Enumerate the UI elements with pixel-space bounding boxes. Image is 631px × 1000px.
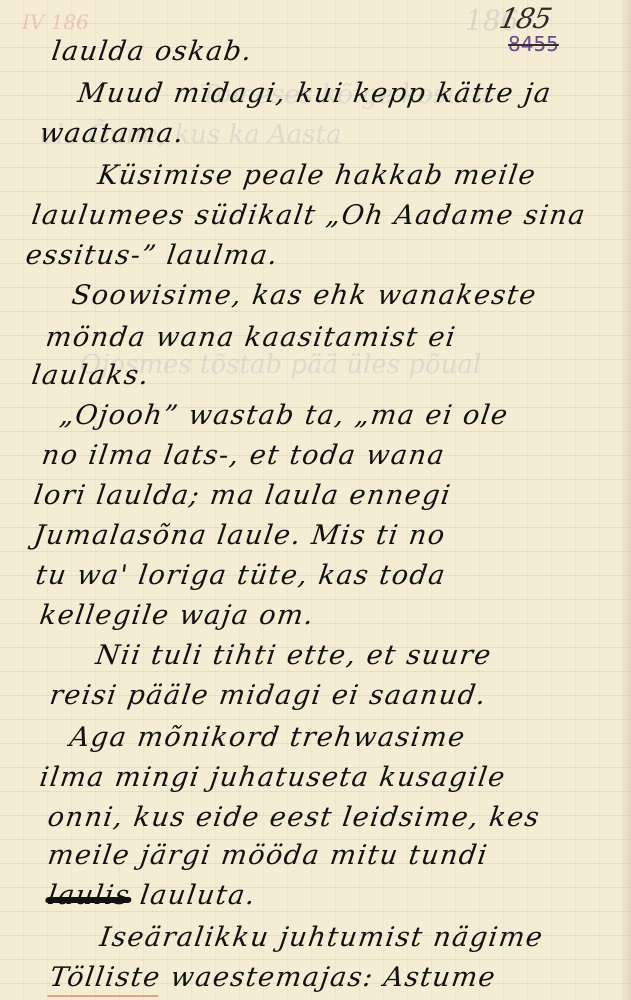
manuscript-line: Soowisime, kas ehk wanakeste: [70, 280, 539, 311]
line-text: reisi pääle midagi ei saanud.: [48, 680, 489, 711]
manuscript-page: IV 186 186 185 8455 Tomeses kõige kosutu…: [0, 0, 631, 1000]
folio-current: 185: [496, 2, 553, 35]
line-text: lori laulda; ma laula ennegi: [32, 480, 454, 511]
line-text: kellegile waja om.: [38, 600, 317, 631]
line-text: waestemajas: Astume: [159, 962, 499, 993]
manuscript-line: onni, kus eide eest leidsime, kes: [46, 802, 543, 833]
manuscript-line: Tölliste waestemajas: Astume: [48, 962, 498, 993]
line-text: essitus-” laulma.: [24, 240, 281, 271]
line-text: lauluta.: [128, 880, 258, 911]
manuscript-line: ilma mingi juhatuseta kusagile: [38, 762, 508, 793]
manuscript-line: tu wa' loriga tüte, kas toda: [34, 560, 448, 591]
line-text: no ilma lats-, et toda wana: [40, 440, 448, 471]
folio-previous-struck: 8455: [508, 32, 559, 56]
line-text: laulda oskab.: [50, 36, 255, 67]
line-text: „Ojooh” wastab ta, „ma ei ole: [58, 400, 511, 431]
folio-number: 186 185 8455: [500, 2, 550, 35]
manuscript-line: Küsimise peale hakkab meile: [96, 160, 539, 191]
line-text: laulumees südikalt „Oh Aadame sina: [30, 200, 588, 231]
line-text: onni, kus eide eest leidsime, kes: [46, 802, 543, 833]
line-text: Muud midagi, kui kepp kätte ja: [76, 78, 554, 109]
manuscript-line: laulumees südikalt „Oh Aadame sina: [30, 200, 588, 231]
line-text: waatama.: [38, 118, 187, 149]
underlined-word: Tölliste: [47, 962, 163, 997]
line-text: laulaks.: [30, 360, 152, 391]
manuscript-line: kellegile waja om.: [38, 600, 317, 631]
manuscript-line: no ilma lats-, et toda wana: [40, 440, 448, 471]
manuscript-line: Nii tuli tihti ette, et suure: [94, 640, 494, 671]
line-text: Iseäralikku juhtumist nägime: [98, 922, 546, 953]
manuscript-line: laulaks.: [30, 360, 152, 391]
line-text: ilma mingi juhatuseta kusagile: [38, 762, 508, 793]
line-text: Soowisime, kas ehk wanakeste: [70, 280, 539, 311]
manuscript-line: essitus-” laulma.: [24, 240, 281, 271]
manuscript-line: lori laulda; ma laula ennegi: [32, 480, 454, 511]
line-text: mönda wana kaasitamist ei: [44, 322, 458, 353]
manuscript-line: Aga mõnikord trehwasime: [68, 722, 468, 753]
line-text: Jumalasõna laule. Mis ti no: [32, 520, 448, 551]
struck-word: laulis: [46, 880, 133, 911]
manuscript-line: Iseäralikku juhtumist nägime: [98, 922, 546, 953]
manuscript-line: meile järgi mööda mitu tundi: [46, 840, 490, 871]
line-text: Nii tuli tihti ette, et suure: [94, 640, 494, 671]
line-text: tu wa' loriga tüte, kas toda: [34, 560, 448, 591]
manuscript-line: laulda oskab.: [50, 36, 255, 67]
manuscript-line: reisi pääle midagi ei saanud.: [48, 680, 489, 711]
margin-archive-mark: IV 186: [22, 10, 89, 34]
manuscript-line: Muud midagi, kui kepp kätte ja: [76, 78, 554, 109]
manuscript-line: Jumalasõna laule. Mis ti no: [32, 520, 448, 551]
line-text: meile järgi mööda mitu tundi: [46, 840, 490, 871]
line-text: Aga mõnikord trehwasime: [68, 722, 468, 753]
line-text: Küsimise peale hakkab meile: [96, 160, 539, 191]
manuscript-line: „Ojooh” wastab ta, „ma ei ole: [58, 400, 511, 431]
manuscript-line: mönda wana kaasitamist ei: [44, 322, 458, 353]
manuscript-line: waatama.: [38, 118, 187, 149]
manuscript-line: laulis lauluta.: [46, 880, 258, 911]
